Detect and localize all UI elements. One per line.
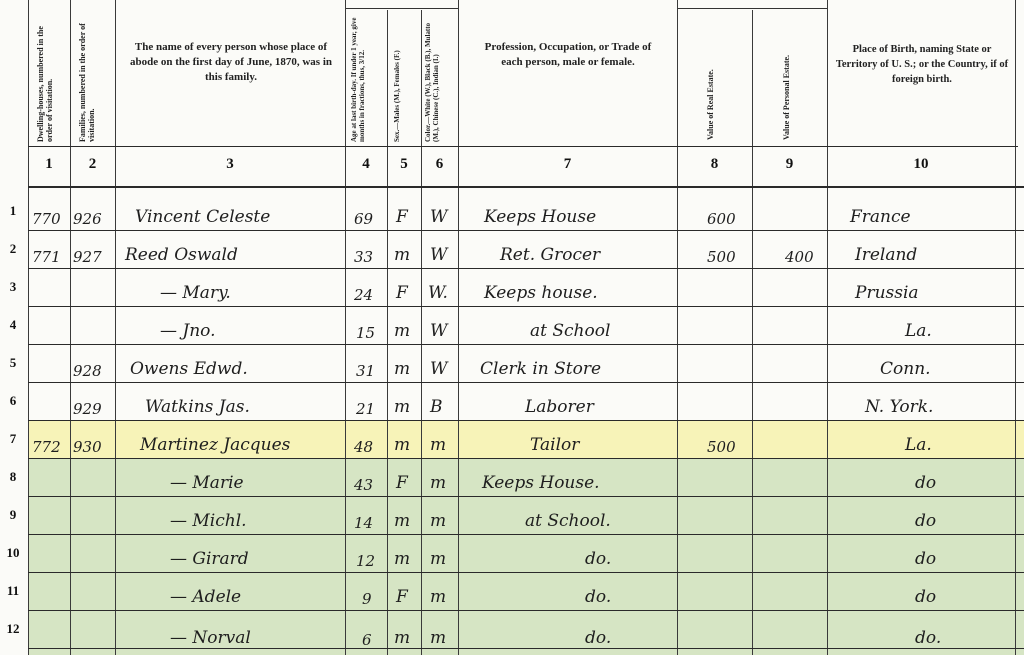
person-name: — Adele [170,587,241,607]
col-line [458,0,459,655]
sex: m [394,245,410,265]
person-name: — Norval [170,628,251,648]
color: W [430,359,447,379]
col-line [28,0,29,655]
birthplace: do [915,587,936,607]
col-header-7: Profession, Occupation, or Trade of each… [482,40,654,70]
personal-estate-value: 400 [785,248,814,266]
sex: m [394,435,410,455]
family-number: 930 [73,438,102,456]
row-rule [28,382,1024,383]
dwelling-number: 771 [32,248,61,266]
age: 12 [356,552,375,570]
header-rule [28,186,1024,188]
person-name: — Mary. [160,283,231,303]
sex: F [396,473,408,493]
row-rule [28,230,1024,231]
person-name: Reed Oswald [125,245,238,265]
dwelling-number: 772 [32,438,61,456]
row-rule [28,610,1024,611]
line-number: 12 [2,621,24,637]
age: 21 [356,400,375,418]
col-header-8: Value of Real Estate. [706,30,722,140]
col-header-9: Value of Personal Estate. [782,14,798,140]
age: 69 [354,210,373,228]
occupation: do. [585,628,611,648]
color: W [430,245,447,265]
color: W [430,207,447,227]
col-number: 6 [421,156,458,173]
color: m [430,628,446,648]
sex: F [396,207,408,227]
occupation: Tailor [530,435,579,455]
real-estate-value: 500 [707,248,736,266]
real-estate-value: 500 [707,438,736,456]
age: 43 [354,476,373,494]
age: 9 [362,590,372,608]
occupation: do. [585,549,611,569]
sex: m [394,321,410,341]
header-rule [28,146,1018,147]
family-number: 926 [73,210,102,228]
col-number: 5 [387,156,421,173]
birthplace: do [915,549,936,569]
col-number: 1 [28,156,70,173]
col-number: 2 [70,156,115,173]
line-number: 4 [2,317,24,333]
header-group-value-owned [677,0,827,9]
row-rule [28,572,1024,573]
row-rule [28,268,1024,269]
line-number: 11 [2,583,24,599]
line-number: 10 [2,545,24,561]
age: 31 [356,362,375,380]
col-number: 4 [345,156,387,173]
color: m [430,549,446,569]
line-number: 3 [2,279,24,295]
person-name: Owens Edwd. [130,359,248,379]
line-number: 6 [2,393,24,409]
occupation: at School. [525,511,611,531]
col-line [752,10,753,655]
person-name: — Marie [170,473,244,493]
line-number: 7 [2,431,24,447]
col-header-1: Dwelling-houses, numbered in the order o… [36,10,64,142]
col-line [421,10,422,655]
occupation: Keeps House. [482,473,600,493]
line-number: 1 [2,203,24,219]
sex: m [394,549,410,569]
occupation: Ret. Grocer [500,245,600,265]
age: 15 [356,324,375,342]
dwelling-number: 770 [32,210,61,228]
col-header-2: Families, numbered in the order of visit… [78,10,106,142]
col-header-4: Age at last birth-day. If under 1 year, … [350,14,384,142]
col-line [70,0,71,655]
col-header-10: Place of Birth, naming State or Territor… [832,42,1012,87]
sex: m [394,397,410,417]
age: 33 [354,248,373,266]
row-rule [28,496,1024,497]
col-line [345,0,346,655]
birthplace: do [915,473,936,493]
col-line [387,10,388,655]
col-number: 10 [827,156,1015,173]
birthplace: Conn. [880,359,931,379]
color: W. [428,283,448,303]
sex: F [396,283,408,303]
birthplace: N. York. [865,397,933,417]
col-number: 3 [115,156,345,173]
header-group-description [345,0,458,9]
birthplace: La. [905,435,932,455]
line-number: 9 [2,507,24,523]
occupation: Clerk in Store [480,359,601,379]
real-estate-value: 600 [707,210,736,228]
col-header-3: The name of every person whose place of … [125,40,337,85]
col-line [827,0,828,655]
occupation: Keeps House [484,207,596,227]
row-rule [28,420,1024,421]
row-rule [28,458,1024,459]
col-number: 8 [677,156,752,173]
col-line [1015,0,1016,655]
col-number: 9 [752,156,827,173]
age: 24 [354,286,373,304]
occupation: do. [585,587,611,607]
row-rule [28,648,1024,649]
occupation: Laborer [525,397,594,417]
birthplace: France [850,207,911,227]
birthplace: Ireland [855,245,917,265]
person-name: Vincent Celeste [135,207,270,227]
col-header-6: Color.—White (W.), Black (B.), Mulatto (… [424,14,456,142]
col-line [677,0,678,655]
birthplace: Prussia [855,283,919,303]
row-rule [28,306,1024,307]
person-name: — Girard [170,549,249,569]
family-number: 927 [73,248,102,266]
color: m [430,511,446,531]
person-name: Martinez Jacques [140,435,290,455]
color: W [430,321,447,341]
color: m [430,587,446,607]
birthplace: La. [905,321,932,341]
family-number: 928 [73,362,102,380]
occupation: at School [530,321,610,341]
family-number: 929 [73,400,102,418]
person-name: — Jno. [160,321,216,341]
person-name: Watkins Jas. [145,397,250,417]
color: m [430,473,446,493]
age: 6 [362,631,372,649]
sex: m [394,359,410,379]
row-rule [28,534,1024,535]
line-number: 5 [2,355,24,371]
col-line [115,0,116,655]
row-rule [28,344,1024,345]
age: 14 [354,514,373,532]
line-number: 2 [2,241,24,257]
age: 48 [354,438,373,456]
color: B [430,397,443,417]
sex: F [396,587,408,607]
birthplace: do. [915,628,941,648]
col-number: 7 [458,156,677,173]
sex: m [394,628,410,648]
sex: m [394,511,410,531]
color: m [430,435,446,455]
line-number: 8 [2,469,24,485]
col-header-5: Sex.—Males (M.), Females (F.) [393,14,417,142]
person-name: — Michl. [170,511,247,531]
occupation: Keeps house. [484,283,598,303]
birthplace: do [915,511,936,531]
